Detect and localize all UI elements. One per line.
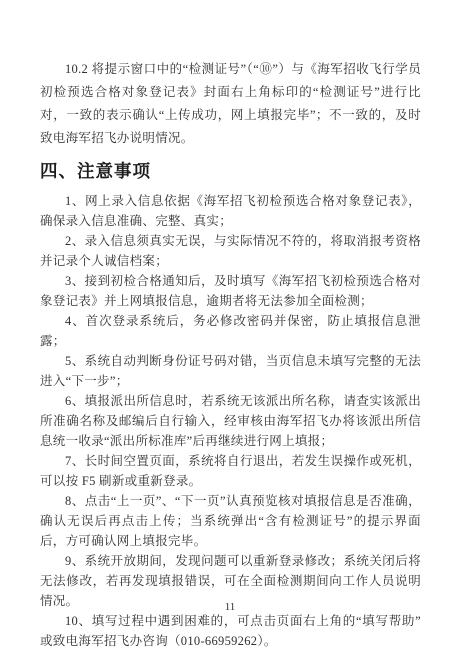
document-page: 10.2 将提示窗口中的“检测证号”（“⑩”）与《海军招收飞行学员初检预选合格对… <box>0 0 460 649</box>
note-item-3: 3、接到初检合格通知后，及时填写《海军招飞初检预选合格对象登记表》并上网填报信息… <box>40 271 421 311</box>
note-item-10: 10、填写过程中遇到困难的，可点击页面右上角的“填写帮助”或致电海军招飞办咨询（… <box>40 611 421 649</box>
note-item-1: 1、网上录入信息依据《海军招飞初检预选合格对象登记表》，确保录入信息准确、完整、… <box>40 191 421 231</box>
note-item-6: 6、填报派出所信息时，若系统无该派出所名称，请查实该派出所准确名称及邮编后自行输… <box>40 391 421 451</box>
note-item-8: 8、点击“上一页”、“下一页”认真预览核对填报信息是否准确，确认无误后再点击上传… <box>40 491 421 551</box>
note-item-4: 4、首次登录系统后，务必修改密码并保密，防止填报信息泄露； <box>40 311 421 351</box>
note-item-2: 2、录入信息须真实无误，与实际情况不符的，将取消报考资格并记录个人诚信档案； <box>40 231 421 271</box>
intro-paragraph: 10.2 将提示窗口中的“检测证号”（“⑩”）与《海军招收飞行学员初检预选合格对… <box>40 58 421 150</box>
note-item-5: 5、系统自动判断身份证号码对错，当页信息未填写完整的无法进入“下一步”； <box>40 351 421 391</box>
section-heading: 四、注意事项 <box>40 160 421 182</box>
note-item-7: 7、长时间空置页面，系统将自行退出，若发生误操作或死机，可以按 F5 刷新或重新… <box>40 451 421 491</box>
page-number: 11 <box>0 601 460 613</box>
